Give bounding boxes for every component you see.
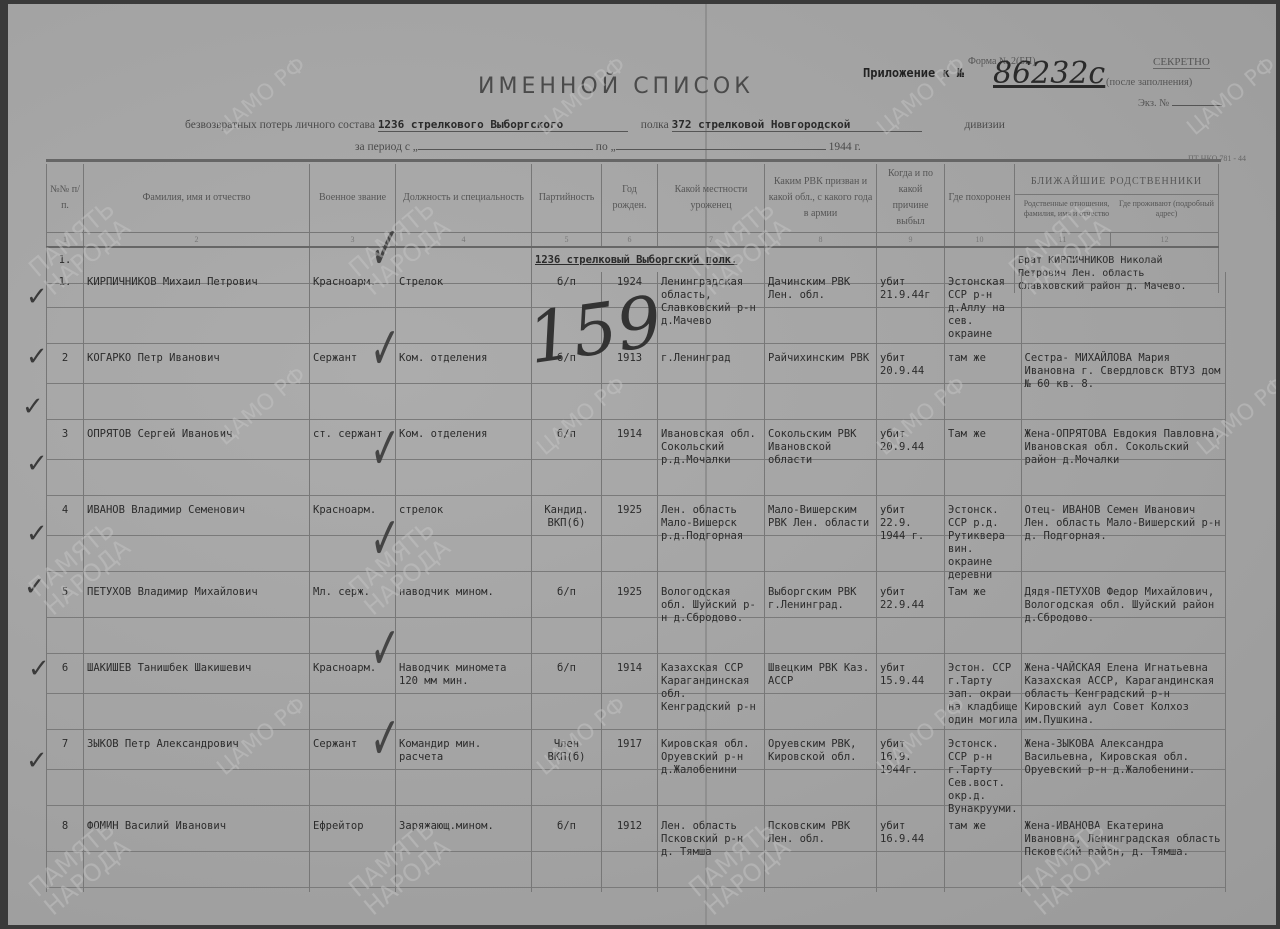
header-rule bbox=[46, 159, 1221, 162]
name-cell: КИРПИЧНИКОВ Михаил Петрович bbox=[84, 272, 310, 348]
division-field: 372 стрелковой Новгородской bbox=[672, 118, 922, 132]
table-row: 6 ШАКИШЕВ Танишбек Шакишевич Красноарм. … bbox=[47, 658, 1226, 734]
after-filling-note: (после заполнения) bbox=[1106, 77, 1192, 88]
position-cell: Стрелок bbox=[396, 272, 532, 348]
regiment-field: 1236 стрелкового Выборгского bbox=[378, 118, 628, 132]
document-page: Форма № 2(БП) СЕКРЕТНО Приложение к № 86… bbox=[8, 4, 1276, 925]
check-mark-icon: ✓ bbox=[22, 392, 44, 422]
check-mark-icon: ✓ bbox=[28, 654, 50, 684]
col-header-1: №№ п/п. bbox=[47, 164, 84, 233]
check-mark-icon: ✓ bbox=[26, 282, 48, 312]
large-check-mark-icon: ✓ bbox=[370, 504, 400, 574]
table-row: 5 ПЕТУХОВ Владимир Михайлович Мл. серж. … bbox=[47, 582, 1226, 658]
col-header-6: Год рожден. bbox=[602, 164, 658, 233]
check-mark-icon: ✓ bbox=[26, 746, 48, 776]
check-mark-icon: ✓ bbox=[26, 449, 48, 479]
col-header-9: Когда и по какой причине выбыл bbox=[877, 164, 945, 233]
col-header-10: Где похоронен bbox=[945, 164, 1015, 233]
table-row: 4 ИВАНОВ Владимир Семенович Красноарм. с… bbox=[47, 500, 1226, 582]
col-header-4: Должность и специальность bbox=[396, 164, 532, 233]
col-header-5: Партийность bbox=[532, 164, 602, 233]
col-header-7: Какой местности уроженец bbox=[658, 164, 765, 233]
losses-line: безвозвратных потерь личного состава 123… bbox=[185, 118, 1005, 132]
col-header-8: Каким РВК призван и какой обл., с какого… bbox=[765, 164, 877, 233]
large-check-mark-icon: ✓ bbox=[370, 704, 400, 774]
relatives-header: БЛИЖАЙШИЕ РОДСТВЕННИКИ Родственные отнош… bbox=[1015, 164, 1219, 233]
column-number-row: 1 2 3 4 5 6 7 8 9 10 11 12 bbox=[47, 233, 1219, 248]
check-mark-icon: ✓ bbox=[26, 519, 48, 549]
check-mark-icon: ✓ bbox=[24, 572, 46, 602]
large-check-mark-icon: ✓ bbox=[370, 414, 400, 484]
large-check-mark-icon: ✓ bbox=[370, 214, 400, 284]
large-check-mark-icon: ✓ bbox=[370, 314, 400, 384]
table-row: 8 ФОМИН Василий Иванович Ефрейтор Заряжа… bbox=[47, 816, 1226, 892]
large-check-mark-icon: ✓ bbox=[370, 614, 400, 684]
secret-label: СЕКРЕТНО bbox=[1153, 56, 1210, 69]
period-line: за период с „ по „ 1944 г. bbox=[355, 141, 861, 153]
table-row: 7 ЗЫКОВ Петр Александрович Сержант Коман… bbox=[47, 734, 1226, 816]
document-title: ИМЕННОЙ СПИСОК bbox=[478, 74, 754, 99]
table-row: 3 ОПРЯТОВ Сергей Иванович ст. сержант Ко… bbox=[47, 424, 1226, 500]
attachment-stamp: Приложение к № bbox=[863, 66, 964, 80]
check-mark-icon: ✓ bbox=[26, 342, 48, 372]
copy-number-label: Экз. № bbox=[1138, 98, 1222, 109]
attachment-number: 86232с bbox=[993, 56, 1105, 91]
header-row: №№ п/п. Фамилия, имя и отчество Военное … bbox=[47, 164, 1219, 233]
col-header-2: Фамилия, имя и отчество bbox=[84, 164, 310, 233]
